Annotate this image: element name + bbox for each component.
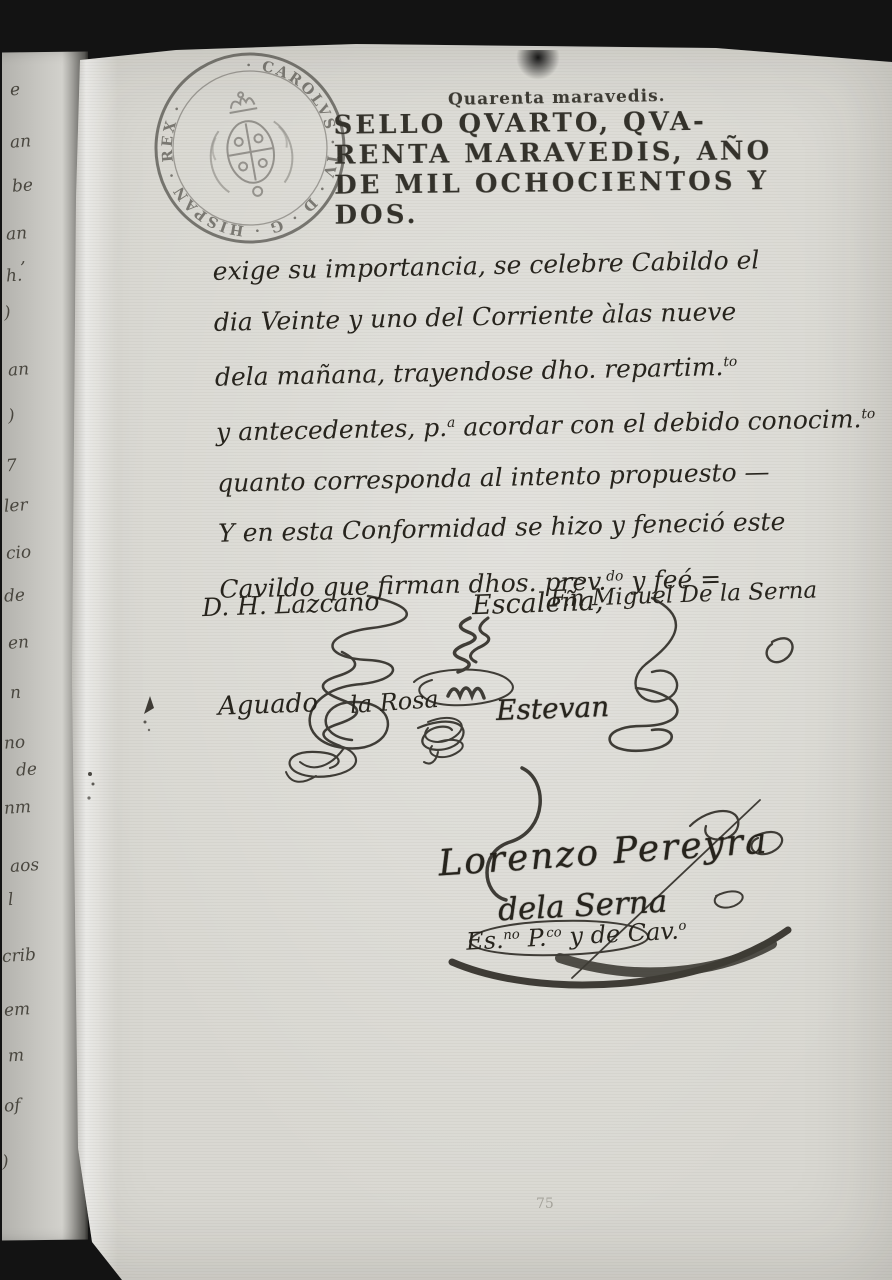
margin-caret-mark [138, 694, 160, 740]
ink-dots [84, 768, 100, 814]
manuscript-body: exige su importancia, se celebre Cabildo… [212, 233, 870, 615]
signature-aguado: Aguado [218, 688, 319, 721]
signature-lazcano: D. H. Lazcano [202, 587, 380, 622]
folio-number: 75 [536, 1196, 554, 1212]
stamp-heading-line: DOS. [334, 195, 854, 230]
stamp-overprint: Quarenta maravedis. [448, 86, 666, 110]
photographed-manuscript: eanbean,h.)an)7lerciodeennnodenmaoslcrib… [0, 0, 892, 1280]
royal-seal-carolus-iv-icon: · CAROLVS · IV · D · G · HISPAN · REX · [134, 32, 366, 264]
stamp-heading: SELLO QVARTO, QVA- RENTA MARAVEDIS, AÑO … [333, 105, 854, 230]
seal-coat-of-arms [200, 85, 298, 203]
ink-smudge [516, 50, 560, 80]
signature-estevan: Estevan [495, 690, 609, 727]
